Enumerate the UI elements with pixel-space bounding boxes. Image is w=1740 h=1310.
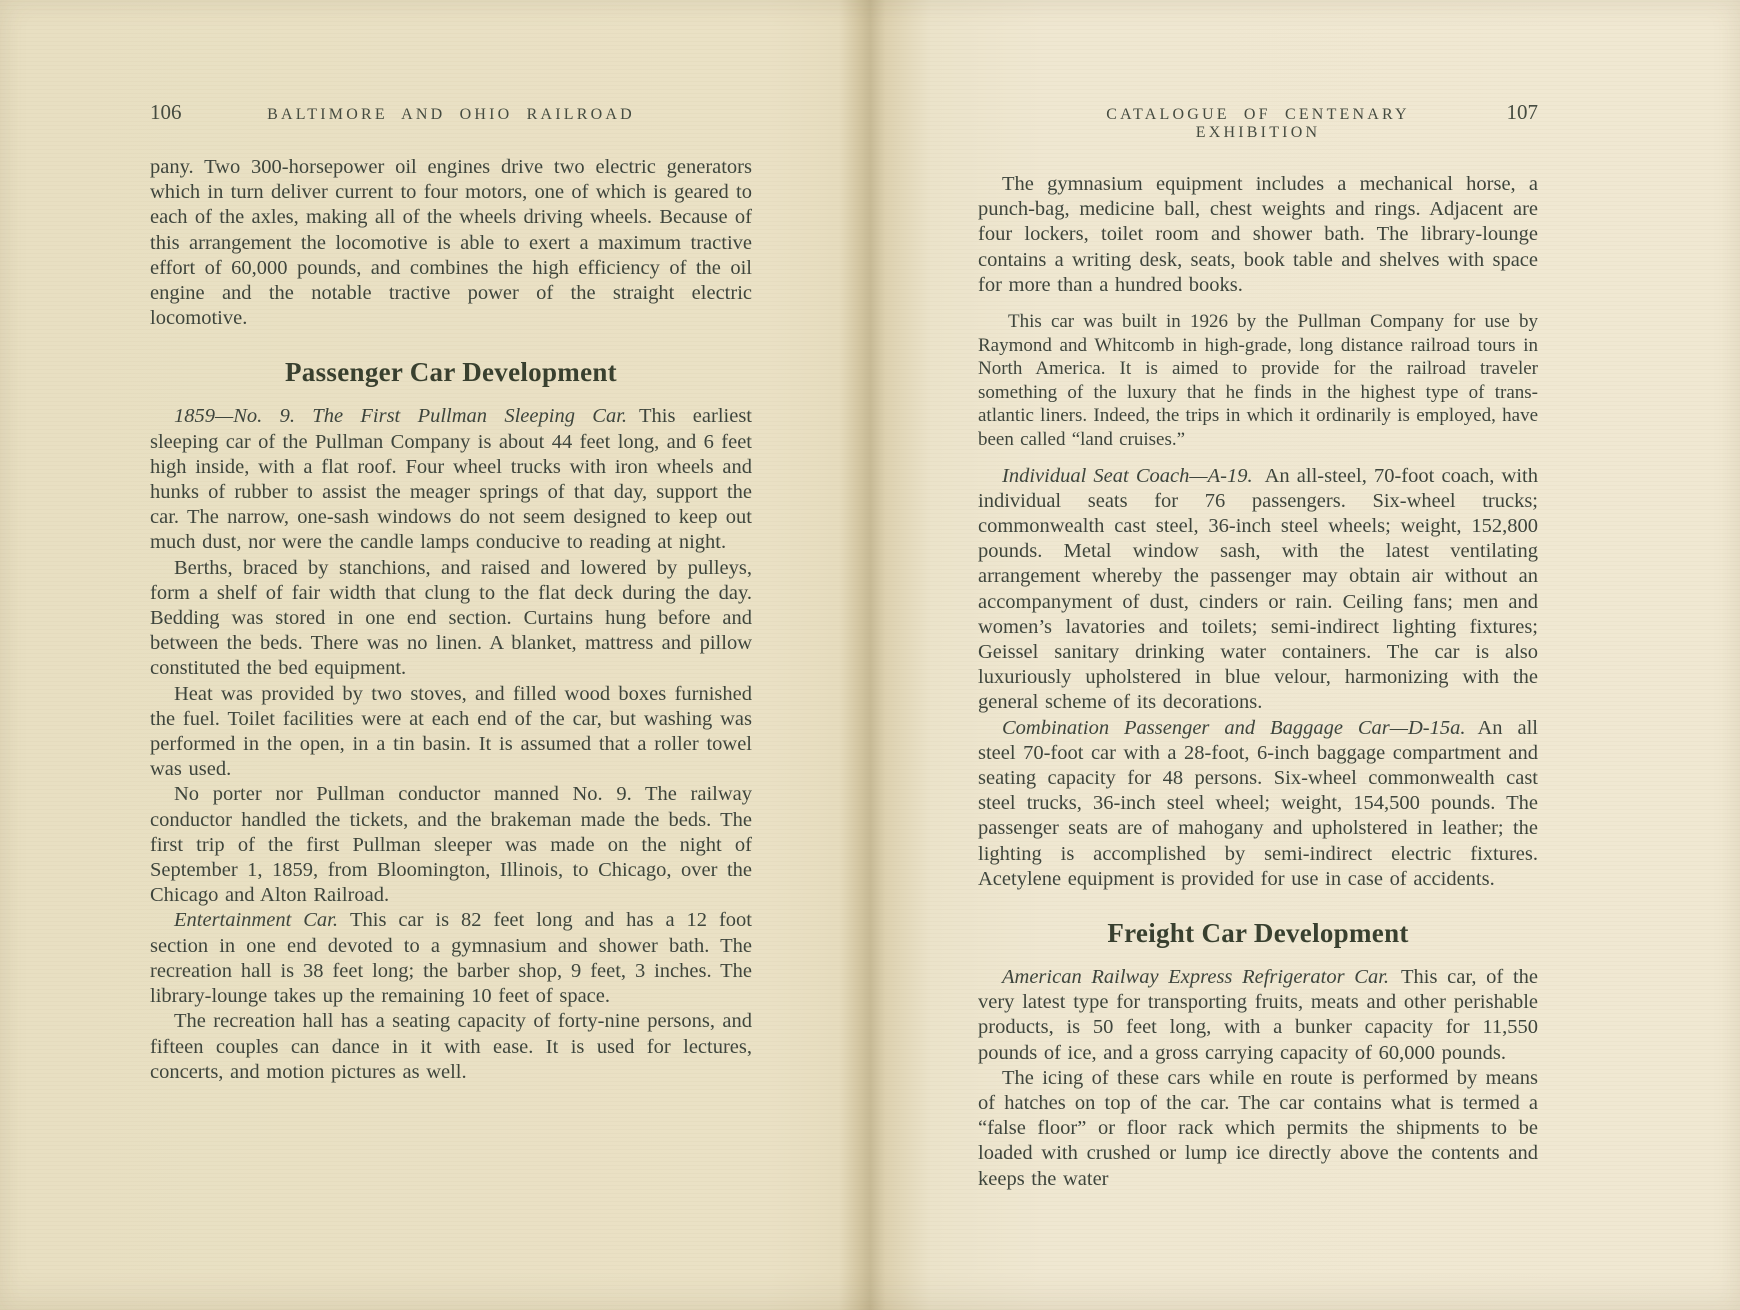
paragraph-oil-electric-continuation: pany. Two 300-horsepower oil engines dri… [150,155,752,331]
paragraph-refrigerator-car: American Railway Express Refrigerator Ca… [978,965,1538,1066]
book-spread: 106 BALTIMORE AND OHIO RAILROAD pany. Tw… [0,0,1740,1310]
paragraph-recreation-hall: The recreation hall has a seating capaci… [150,1009,752,1085]
paragraph-lead-italic: 1859—No. 9. The First Pullman Sleeping C… [174,405,627,427]
running-title-right: CATALOGUE OF CENTENARY EXHIBITION [1042,106,1474,142]
paragraph-first-pullman-sleeping-car: 1859—No. 9. The First Pullman Sleeping C… [150,404,752,555]
paragraph-lead-italic: Individual Seat Coach—A-19. [1002,465,1253,487]
paragraph-berths: Berths, braced by stanchions, and raised… [150,556,752,682]
paragraph-lead-italic: Entertainment Car. [174,909,338,931]
page-left-header: 106 BALTIMORE AND OHIO RAILROAD [150,100,752,125]
paragraph-entertainment-car: Entertainment Car.This car is 82 feet lo… [150,908,752,1009]
page-right: CATALOGUE OF CENTENARY EXHIBITION 107 Th… [978,100,1538,1192]
paragraph-combination-baggage-car: Combination Passenger and Baggage Car—D-… [978,716,1538,892]
paragraph-text: An all-steel, 70-foot coach, with indivi… [978,465,1538,714]
paragraph-no-porter: No porter nor Pullman conductor manned N… [150,782,752,908]
page-left: 106 BALTIMORE AND OHIO RAILROAD pany. Tw… [150,100,752,1085]
paragraph-note-land-cruises: This car was built in 1926 by the Pullma… [978,310,1538,452]
running-title-left: BALTIMORE AND OHIO RAILROAD [214,106,688,124]
paragraph-text: An all steel 70-foot car with a 28-foot,… [978,717,1538,890]
paragraph-lead-italic: Combination Passenger and Baggage Car—D-… [1002,717,1466,739]
section-heading-passenger-car-development: Passenger Car Development [150,357,752,388]
section-heading-freight-car-development: Freight Car Development [978,918,1538,949]
paragraph-lead-italic: American Railway Express Refrigerator Ca… [1002,966,1389,988]
page-right-header: CATALOGUE OF CENTENARY EXHIBITION 107 [978,100,1538,142]
paragraph-text: This earliest sleeping car of the Pullma… [150,405,752,553]
page-number-right: 107 [1474,100,1538,125]
page-number-left: 106 [150,100,214,125]
paragraph-heat-toilet: Heat was provided by two stoves, and fil… [150,682,752,783]
paragraph-individual-seat-coach: Individual Seat Coach—A-19.An all-steel,… [978,464,1538,716]
paragraph-icing: The icing of these cars while en route i… [978,1066,1538,1192]
paragraph-gymnasium-equipment: The gymnasium equipment includes a mecha… [978,172,1538,298]
